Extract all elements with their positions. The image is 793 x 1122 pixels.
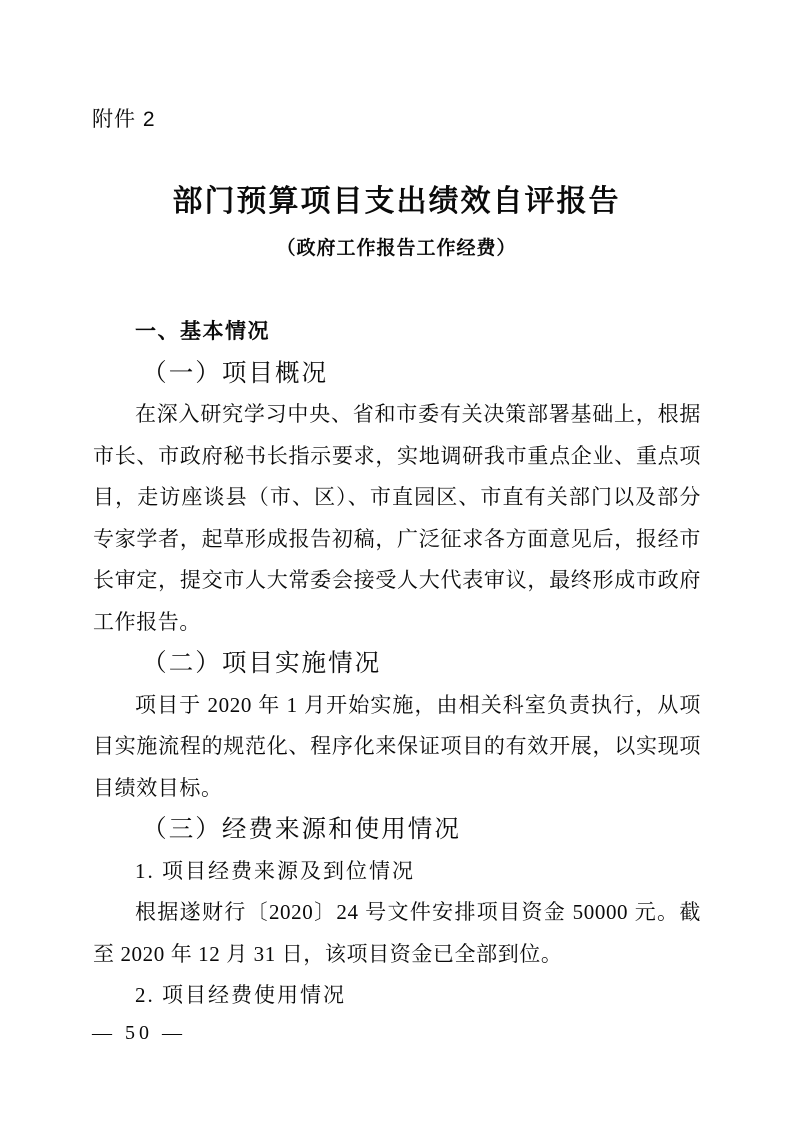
document-page: 附件 2 部门预算项目支出绩效自评报告 （政府工作报告工作经费） 一、基本情况 … bbox=[0, 0, 793, 1122]
attachment-label: 附件 2 bbox=[92, 106, 156, 134]
document-body: 一、基本情况 （一）项目概况 在深入研究学习中央、省和市委有关决策部署基础上，根… bbox=[93, 311, 701, 1017]
paragraph-project-overview: 在深入研究学习中央、省和市委有关决策部署基础上，根据市长、市政府秘书长指示要求，… bbox=[93, 394, 701, 643]
page-number: — 50 — bbox=[92, 1019, 186, 1047]
numbered-item-funding-source: 1. 项目经费来源及到位情况 bbox=[93, 851, 701, 893]
sub-heading-project-overview: （一）项目概况 bbox=[93, 353, 701, 395]
sub-heading-project-implementation: （二）项目实施情况 bbox=[93, 643, 701, 685]
document-subtitle: （政府工作报告工作经费） bbox=[0, 236, 793, 262]
paragraph-project-implementation: 项目于 2020 年 1 月开始实施，由相关科室负责执行，从项目实施流程的规范化… bbox=[93, 685, 701, 810]
paragraph-funding-source: 根据遂财行〔2020〕24 号文件安排项目资金 50000 元。截至 2020 … bbox=[93, 892, 701, 975]
document-title: 部门预算项目支出绩效自评报告 bbox=[0, 184, 793, 220]
numbered-item-funding-usage: 2. 项目经费使用情况 bbox=[93, 975, 701, 1017]
sub-heading-funding-source-usage: （三）经费来源和使用情况 bbox=[93, 809, 701, 851]
section-heading-basic-situation: 一、基本情况 bbox=[93, 311, 701, 353]
